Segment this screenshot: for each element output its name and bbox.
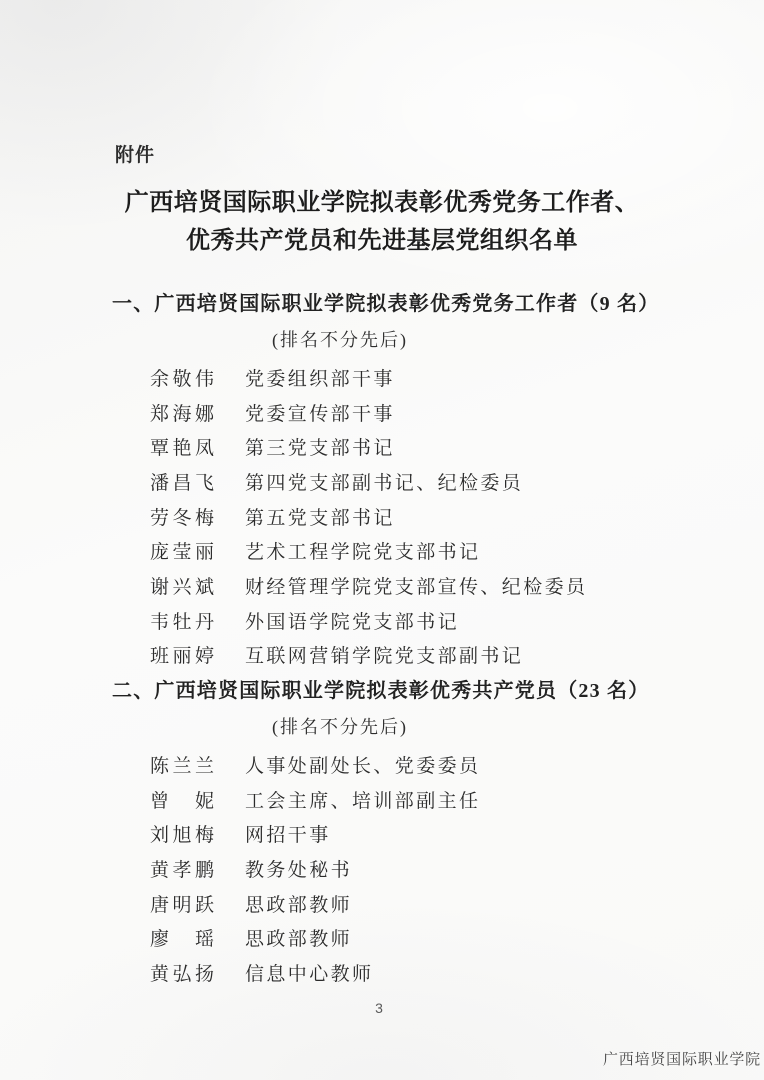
entry-title: 工会主席、培训部副主任 <box>245 786 480 813</box>
table-row: 唐明跃 思政部教师 <box>150 886 764 921</box>
section-2-ranking-note: (排名不分先后) <box>272 714 764 740</box>
entry-title: 党委组织部干事 <box>245 364 395 391</box>
table-row: 廖 瑶 思政部教师 <box>150 920 764 955</box>
table-row: 刘旭梅 网招干事 <box>150 816 764 851</box>
entry-name: 黄弘扬 <box>150 959 245 986</box>
entry-name: 黄孝鹏 <box>150 855 245 882</box>
table-row: 班丽婷 互联网营销学院党支部副书记 <box>150 638 764 673</box>
table-row: 黄弘扬 信息中心教师 <box>150 955 764 990</box>
table-row: 郑海娜 党委宣传部干事 <box>150 395 764 430</box>
section-1-entry-list: 余敬伟 党委组织部干事 郑海娜 党委宣传部干事 覃艳凤 第三党支部书记 潘昌飞 … <box>0 360 764 672</box>
table-row: 覃艳凤 第三党支部书记 <box>150 429 764 464</box>
section-1-heading: 一、广西培贤国际职业学院拟表彰优秀党务工作者（9 名） <box>112 290 764 318</box>
footer-watermark: 广西培贤国际职业学院 <box>603 1048 761 1069</box>
document-title-line2: 优秀共产党员和先进基层党组织名单 <box>0 222 764 260</box>
entry-title: 第三党支部书记 <box>245 433 395 460</box>
table-row: 韦牡丹 外国语学院党支部书记 <box>150 603 764 638</box>
entry-title: 思政部教师 <box>245 924 352 951</box>
entry-title: 人事处副处长、党委委员 <box>245 751 480 778</box>
table-row: 余敬伟 党委组织部干事 <box>150 360 764 395</box>
entry-title: 第五党支部书记 <box>245 503 395 530</box>
document-page: 附件 广西培贤国际职业学院拟表彰优秀党务工作者、 优秀共产党员和先进基层党组织名… <box>0 0 764 1080</box>
entry-title: 网招干事 <box>245 820 331 847</box>
attachment-label: 附件 <box>115 140 155 167</box>
entry-name: 覃艳凤 <box>150 433 245 460</box>
table-row: 谢兴斌 财经管理学院党支部宣传、纪检委员 <box>150 568 764 603</box>
table-row: 黄孝鹏 教务处秘书 <box>150 851 764 886</box>
entry-title: 互联网营销学院党支部副书记 <box>245 641 523 668</box>
section-1-ranking-note: (排名不分先后) <box>272 327 764 353</box>
table-row: 曾 妮 工会主席、培训部副主任 <box>150 782 764 817</box>
document-title: 广西培贤国际职业学院拟表彰优秀党务工作者、 优秀共产党员和先进基层党组织名单 <box>0 184 764 260</box>
entry-title: 艺术工程学院党支部书记 <box>245 537 480 564</box>
section-2-heading: 二、广西培贤国际职业学院拟表彰优秀共产党员（23 名） <box>112 677 764 705</box>
section-2-entry-list: 陈兰兰 人事处副处长、党委委员 曾 妮 工会主席、培训部副主任 刘旭梅 网招干事… <box>0 747 764 990</box>
entry-name: 谢兴斌 <box>150 572 245 599</box>
table-row: 庞莹丽 艺术工程学院党支部书记 <box>150 533 764 568</box>
entry-name: 曾 妮 <box>150 786 245 813</box>
entry-name: 陈兰兰 <box>150 751 245 778</box>
entry-name: 班丽婷 <box>150 641 245 668</box>
entry-name: 韦牡丹 <box>150 607 245 634</box>
entry-name: 余敬伟 <box>150 364 245 391</box>
entry-name: 郑海娜 <box>150 399 245 426</box>
table-row: 陈兰兰 人事处副处长、党委委员 <box>150 747 764 782</box>
table-row: 劳冬梅 第五党支部书记 <box>150 499 764 534</box>
table-row: 潘昌飞 第四党支部副书记、纪检委员 <box>150 464 764 499</box>
entry-title: 党委宣传部干事 <box>245 399 395 426</box>
document-title-line1: 广西培贤国际职业学院拟表彰优秀党务工作者、 <box>0 184 764 222</box>
entry-name: 庞莹丽 <box>150 537 245 564</box>
section-outstanding-party-members: 二、广西培贤国际职业学院拟表彰优秀共产党员（23 名） (排名不分先后) 陈兰兰… <box>0 677 764 990</box>
entry-title: 信息中心教师 <box>245 959 373 986</box>
entry-title: 教务处秘书 <box>245 855 352 882</box>
entry-title: 第四党支部副书记、纪检委员 <box>245 468 523 495</box>
entry-name: 潘昌飞 <box>150 468 245 495</box>
entry-name: 劳冬梅 <box>150 503 245 530</box>
entry-title: 外国语学院党支部书记 <box>245 607 459 634</box>
section-party-affairs-workers: 一、广西培贤国际职业学院拟表彰优秀党务工作者（9 名） (排名不分先后) 余敬伟… <box>0 290 764 672</box>
entry-name: 刘旭梅 <box>150 820 245 847</box>
entry-name: 廖 瑶 <box>150 924 245 951</box>
entry-title: 财经管理学院党支部宣传、纪检委员 <box>245 572 587 599</box>
page-number: 3 <box>0 1000 758 1016</box>
entry-title: 思政部教师 <box>245 890 352 917</box>
entry-name: 唐明跃 <box>150 890 245 917</box>
